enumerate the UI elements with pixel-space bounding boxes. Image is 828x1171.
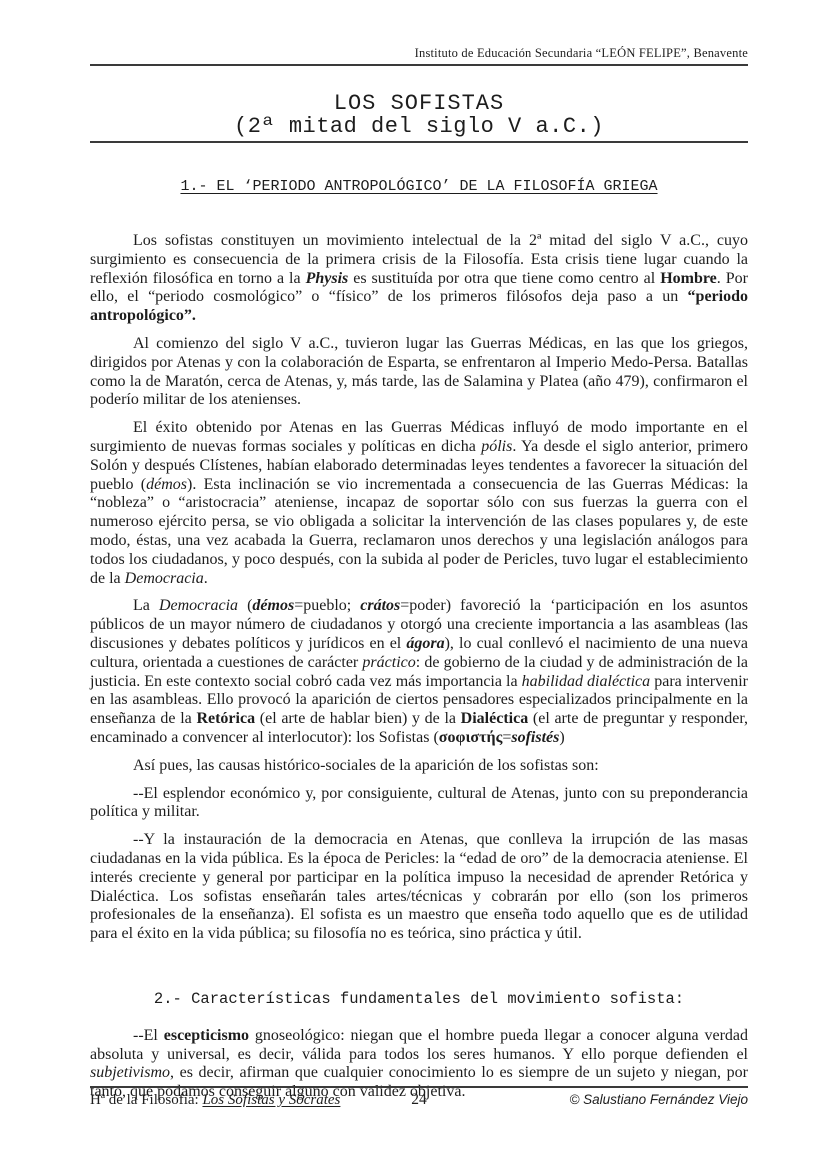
institution-name: Instituto de Educación Secundaria “LEÓN … [90,0,748,61]
footer-course: Hª de la Filosofía: Los Sofistas y Sócra… [90,1092,411,1109]
document-title: LOS SOFISTAS [90,92,748,115]
footer-copyright: © Salustiano Fernández Viejo [427,1092,748,1107]
section-1-heading: 1.- EL ‘PERIODO ANTROPOLÓGICO’ DE LA FIL… [90,178,748,195]
page-footer: Hª de la Filosofía: Los Sofistas y Sócra… [90,1086,748,1109]
paragraph: Al comienzo del siglo V a.C., tuvieron l… [90,335,748,410]
paragraph: La Democracia (démos=pueblo; crátos=pode… [90,597,748,747]
paragraph: --Y la instauración de la democracia en … [90,831,748,944]
header-rule [90,64,748,66]
footer-course-title: Los Sofistas y Sócrates [202,1092,340,1108]
document-subtitle: (2ª mitad del siglo V a.C.) [90,115,748,138]
section-2-heading: 2.- Características fundamentales del mo… [90,990,748,1008]
paragraph: Los sofistas constituyen un movimiento i… [90,232,748,326]
paragraph: El éxito obtenido por Atenas en las Guer… [90,419,748,588]
paragraph: Así pues, las causas histórico-sociales … [90,757,748,776]
footer-row: Hª de la Filosofía: Los Sofistas y Sócra… [90,1091,748,1109]
document-page: Instituto de Educación Secundaria “LEÓN … [0,0,828,1171]
paragraph: --El esplendor económico y, por consigui… [90,785,748,823]
footer-course-label: Hª de la Filosofía: [90,1092,202,1108]
footer-rule [90,1086,748,1088]
title-rule [90,141,748,143]
page-content: Instituto de Educación Secundaria “LEÓN … [90,0,748,1102]
page-number: 24 [411,1091,427,1109]
title-block: LOS SOFISTAS (2ª mitad del siglo V a.C.) [90,92,748,138]
section-1-body: Los sofistas constituyen un movimiento i… [90,232,748,944]
